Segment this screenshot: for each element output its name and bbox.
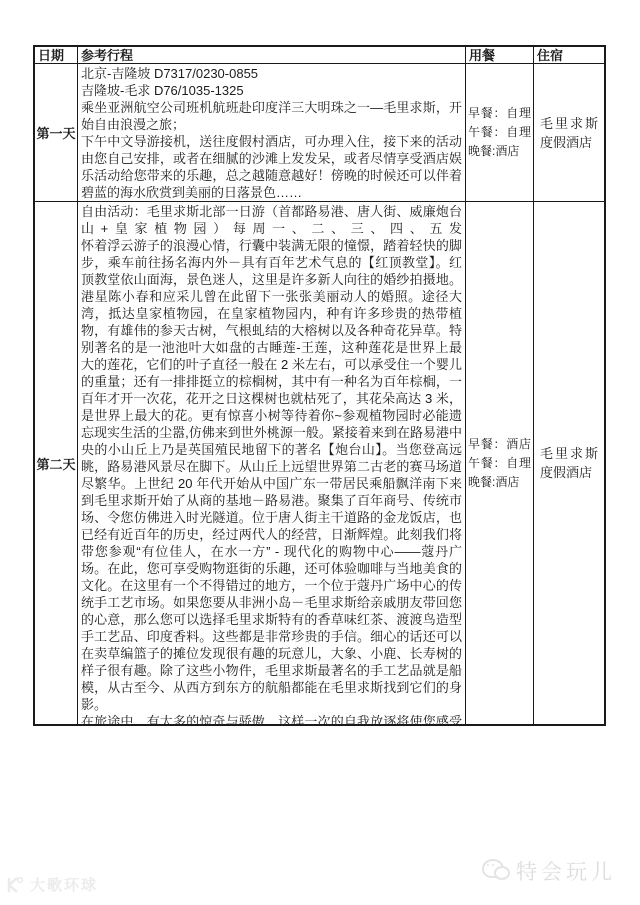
header-itinerary: 参考行程 xyxy=(78,47,466,64)
day2-label: 第二天 xyxy=(35,202,78,724)
day1-lodging: 毛里求斯度假酒店 xyxy=(534,64,604,202)
itinerary-page: 日期 参考行程 用餐 住宿 第一天 北京-吉隆坡 D7317/0230-0855… xyxy=(0,0,640,905)
header-date: 日期 xyxy=(35,47,78,64)
day2-paragraph-1: 怀着浮云游子的浪漫心情，行囊中装满无限的憧憬，踏着轻快的脚步，乘车前往扬名海内外… xyxy=(81,237,462,713)
day2-itinerary: 自由活动：毛里求斯北部一日游（首都路易港、唐人街、威廉炮台山+皇家植物园）每周一… xyxy=(78,202,466,724)
day1-flight-2: 吉隆坡-毛求 D76/1035-1325 xyxy=(81,82,462,99)
day1-dinner: 晚餐:酒店 xyxy=(468,142,531,161)
day2-paragraph-2: 在旅途中，有太多的惊奇与骄傲，这样一次的自我放逐将使您感受到前所未有的浪漫，仿佛… xyxy=(81,713,462,724)
day1-lunch: 午餐：自理 xyxy=(468,123,531,142)
source-watermark: 大歌环球 xyxy=(6,874,98,895)
day1-lodging-text: 毛里求斯度假酒店 xyxy=(540,114,598,152)
day1-itinerary: 北京-吉隆坡 D7317/0230-0855 吉隆坡-毛求 D76/1035-1… xyxy=(78,64,466,202)
wechat-account-watermark: 特会玩儿 xyxy=(482,856,616,886)
day2-lodging: 毛里求斯度假酒店 xyxy=(534,202,604,724)
day2-dinner: 晚餐:酒店 xyxy=(468,473,531,492)
day1-meals: 早餐：自理 午餐：自理 晚餐:酒店 xyxy=(466,64,534,202)
day2-lunch: 午餐：自理 xyxy=(468,454,531,473)
source-logo-icon xyxy=(6,876,26,894)
wechat-account-name: 特会玩儿 xyxy=(516,856,616,886)
day2-lodging-text: 毛里求斯度假酒店 xyxy=(540,444,598,482)
day2-breakfast: 早餐：酒店 xyxy=(468,435,531,454)
day1-paragraph-2: 下午中文导游接机，送往度假村酒店，可办理入住，接下来的活动由您自己安排，或者在细… xyxy=(81,133,462,201)
day2-activity-title: 自由活动：毛里求斯北部一日游（首都路易港、唐人街、威廉炮台山+皇家植物园）每周一… xyxy=(81,203,462,237)
day2-meals: 早餐：酒店 午餐：自理 晚餐:酒店 xyxy=(466,202,534,724)
day1-paragraph-1: 乘坐亚洲航空公司班机航班赴印度洋三大明珠之一—毛里求斯，开始自由浪漫之旅； xyxy=(81,99,462,133)
wechat-icon xyxy=(482,859,508,883)
itinerary-table: 日期 参考行程 用餐 住宿 第一天 北京-吉隆坡 D7317/0230-0855… xyxy=(33,45,606,726)
header-meals: 用餐 xyxy=(466,47,534,64)
source-watermark-text: 大歌环球 xyxy=(30,874,98,895)
day1-label: 第一天 xyxy=(35,64,78,202)
day1-flight-1: 北京-吉隆坡 D7317/0230-0855 xyxy=(81,65,462,82)
header-lodging: 住宿 xyxy=(534,47,604,64)
day1-breakfast: 早餐：自理 xyxy=(468,104,531,123)
